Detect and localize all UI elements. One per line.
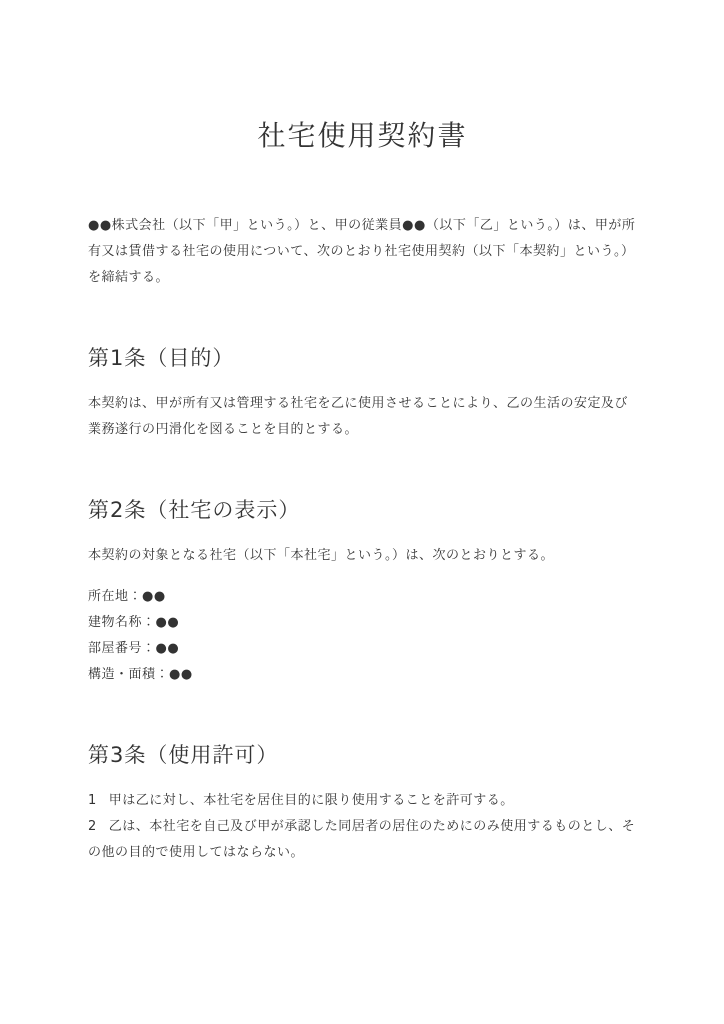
article-3-clauses: 1甲は乙に対し、本社宅を居住目的に限り使用することを許可する。 2乙は、本社宅を… <box>88 788 637 866</box>
clause-2: 2乙は、本社宅を自己及び甲が承認した同居者の居住のためにのみ使用するものとし、そ… <box>88 814 637 866</box>
detail-location: 所在地：●● <box>88 584 637 610</box>
clause-2-number: 2 <box>88 814 97 840</box>
article-3-use-permission: 第3条（使用許可） 1甲は乙に対し、本社宅を居住目的に限り使用することを許可する… <box>88 740 637 866</box>
article-1-heading: 第1条（目的） <box>88 343 637 373</box>
article-1-purpose: 第1条（目的） 本契約は、甲が所有又は管理する社宅を乙に使用させることにより、乙… <box>88 343 637 443</box>
article-1-body: 本契約は、甲が所有又は管理する社宅を乙に使用させることにより、乙の生活の安定及び… <box>88 391 637 443</box>
clause-1-text: 甲は乙に対し、本社宅を居住目的に限り使用することを許可する。 <box>109 793 514 808</box>
article-2-heading: 第2条（社宅の表示） <box>88 495 637 525</box>
property-details-list: 所在地：●● 建物名称：●● 部屋番号：●● 構造・面積：●● <box>88 584 637 688</box>
detail-structure-area: 構造・面積：●● <box>88 662 637 688</box>
article-3-heading: 第3条（使用許可） <box>88 740 637 770</box>
detail-building-name: 建物名称：●● <box>88 610 637 636</box>
clause-1-number: 1 <box>88 788 97 814</box>
article-2-housing-description: 第2条（社宅の表示） 本契約の対象となる社宅（以下「本社宅」という。）は、次のと… <box>88 495 637 688</box>
clause-1: 1甲は乙に対し、本社宅を居住目的に限り使用することを許可する。 <box>88 788 637 814</box>
detail-room-number: 部屋番号：●● <box>88 636 637 662</box>
intro-paragraph: ●●株式会社（以下「甲」という。）と、甲の従業員●●（以下「乙」という。）は、甲… <box>88 213 637 291</box>
clause-2-text: 乙は、本社宅を自己及び甲が承認した同居者の居住のためにのみ使用するものとし、その… <box>88 819 635 860</box>
document-page: 社宅使用契約書 ●●株式会社（以下「甲」という。）と、甲の従業員●●（以下「乙」… <box>0 0 724 1024</box>
article-2-body: 本契約の対象となる社宅（以下「本社宅」という。）は、次のとおりとする。 <box>88 543 637 569</box>
document-title: 社宅使用契約書 <box>88 116 637 155</box>
